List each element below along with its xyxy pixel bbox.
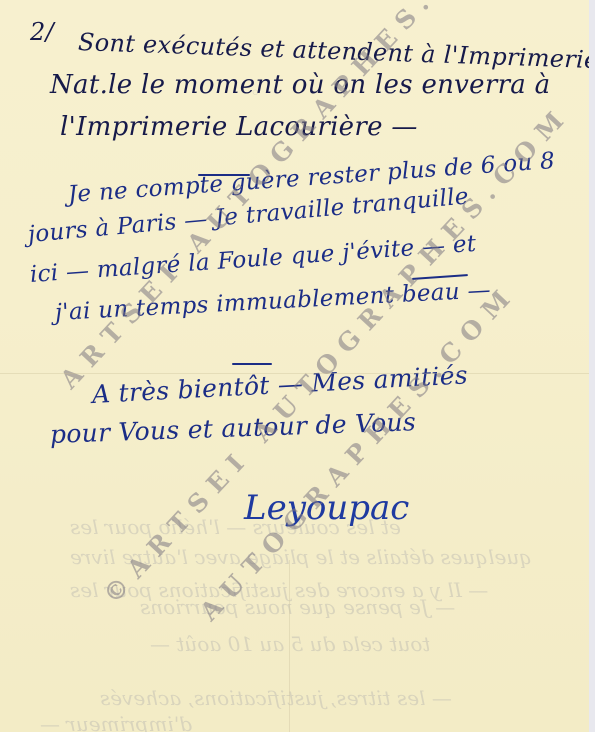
- paper-fold: [0, 373, 589, 374]
- bleed-through-line: d'imprimeur —: [40, 712, 192, 732]
- bleed-through-line: tout cela du 5 au 10 août —: [150, 632, 430, 656]
- letter-line: Sont exécutés et attendent à l'Imprimeri…: [78, 28, 589, 74]
- bleed-through-line: — les titres, justifications, achevés: [100, 686, 452, 710]
- paper-fold: [289, 560, 290, 732]
- letter-line: Nat.le le moment où on les enverra à: [50, 70, 550, 100]
- page-number: 2/: [30, 18, 54, 46]
- separator-dash: [232, 363, 272, 365]
- bleed-through-line: — Je pense que nous pourrions: [140, 595, 455, 619]
- letter-line: l'Imprimerie Lacourière —: [60, 112, 418, 142]
- scan-edge: [589, 0, 595, 732]
- letter-page: ◦ — Il y a encore des justifications pou…: [0, 0, 589, 732]
